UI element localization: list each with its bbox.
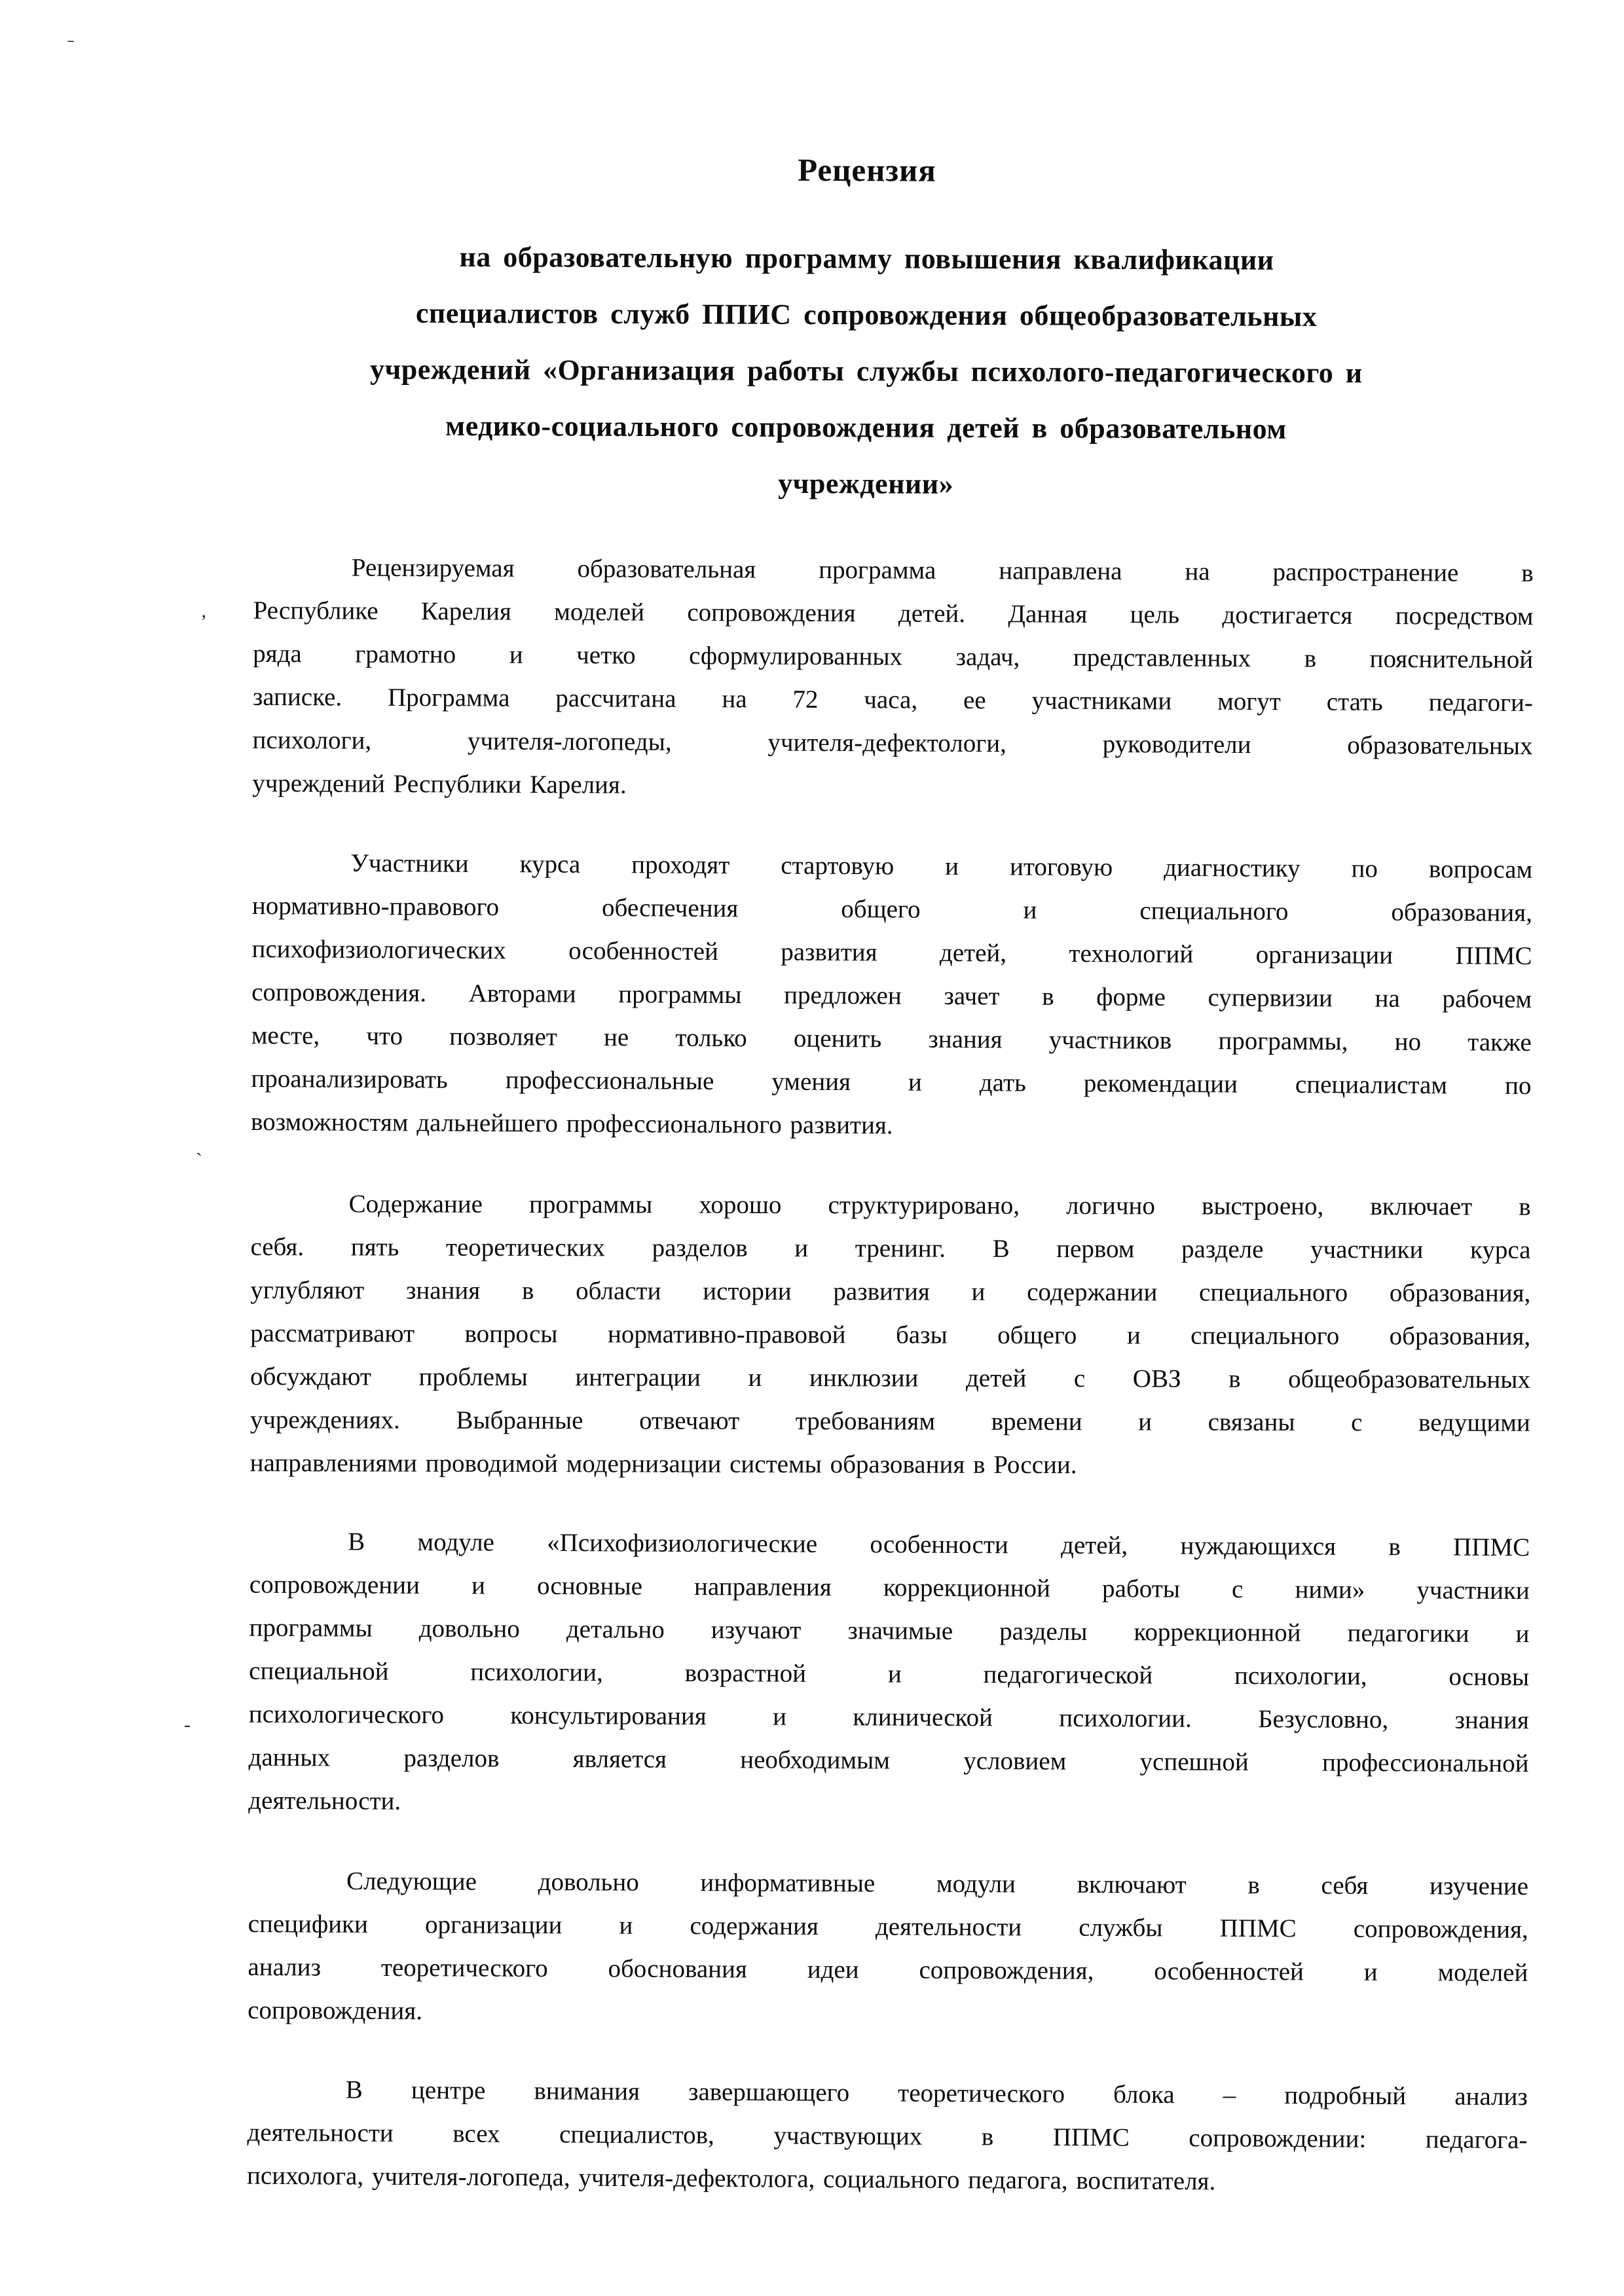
heading-line: медико-социального сопровождения детей в… — [193, 397, 1538, 458]
text-line: Следующие довольно информативные модули … — [248, 1859, 1528, 1908]
text-line: ряда грамотно и четко сформулированных з… — [253, 632, 1533, 682]
text-line: программы довольно детально изучают знач… — [249, 1607, 1529, 1656]
scan-speck: ˗ — [67, 29, 74, 49]
text-line: Рецензируемая образовательная программа … — [253, 546, 1534, 595]
text-line: сопровождения. Авторами программы предло… — [251, 971, 1532, 1021]
text-line: сопровождения. — [248, 1989, 1528, 2038]
scan-speck: ˏ — [196, 1136, 202, 1156]
scan-speck: - — [184, 1715, 191, 1735]
text-line: В центре внимания завершающего теоретиче… — [248, 2068, 1528, 2119]
page: Рецензия на образовательную программу по… — [0, 0, 1624, 2296]
text-line: специфики организации и содержания деяте… — [248, 1903, 1528, 1952]
paragraph: В центре внимания завершающего теоретиче… — [247, 2068, 1528, 2206]
text-line: сопровождении и основные направления кор… — [249, 1563, 1530, 1613]
text-line: Участники курса проходят стартовую и ито… — [252, 841, 1532, 892]
text-line: психолога, учителя-логопеда, учителя-деф… — [247, 2155, 1527, 2206]
text-line: нормативно-правового обеспечения общего … — [252, 884, 1532, 935]
text-line: углубляют знания в области истории разви… — [250, 1269, 1530, 1315]
text-line: учреждений Республики Карелия. — [252, 762, 1532, 811]
text-line: месте, что позволяет не только оценить з… — [251, 1014, 1532, 1065]
text-line: учреждениях. Выбранные отвечают требован… — [250, 1398, 1530, 1445]
text-line: данных разделов является необходимым усл… — [248, 1736, 1528, 1786]
paragraph: Рецензируемая образовательная программа … — [252, 546, 1534, 811]
text-line: деятельности всех специалистов, участвую… — [247, 2111, 1527, 2162]
text-line: психологического консультирования и клин… — [249, 1693, 1529, 1743]
text-line: психологи, учителя-логопеды, учителя-деф… — [252, 719, 1532, 768]
text-line: Содержание программы хорошо структуриров… — [251, 1182, 1531, 1229]
heading-line: специалистов служб ППИС сопровождения об… — [194, 284, 1539, 346]
text-line: В модуле «Психофизиологические особеннос… — [249, 1520, 1530, 1570]
text-line: Республике Карелия моделей сопровождения… — [253, 589, 1533, 638]
paragraph: Участники курса проходят стартовую и ито… — [251, 841, 1533, 1151]
heading-line: учреждении» — [193, 453, 1538, 515]
document-body: Рецензируемая образовательная программа … — [247, 547, 1534, 2204]
text-line: возможностям дальнейшего профессионально… — [251, 1101, 1531, 1151]
text-line: специальной психологии, возрастной и пед… — [249, 1650, 1529, 1700]
paragraph: Содержание программы хорошо структуриров… — [250, 1182, 1531, 1488]
paragraph: В модуле «Психофизиологические особеннос… — [248, 1520, 1530, 1829]
text-line: проанализировать профессиональные умения… — [251, 1057, 1531, 1108]
text-line: психофизиологических особенностей развит… — [251, 928, 1532, 978]
text-line: деятельности. — [248, 1779, 1528, 1829]
text-line: записке. Программа рассчитана на 72 часа… — [253, 676, 1533, 725]
heading-line: учреждений «Организация работы службы пс… — [194, 340, 1539, 402]
text-line: себя. пять теоретических разделов и трен… — [250, 1226, 1530, 1272]
document-title: Рецензия — [196, 148, 1538, 192]
text-line: анализ теоретического обоснования идеи с… — [248, 1946, 1528, 1995]
scan-speck: ’ — [200, 612, 207, 632]
heading-line: на образовательную программу повышения к… — [194, 228, 1539, 289]
scanned-sheet: Рецензия на образовательную программу по… — [0, 0, 1624, 2296]
text-line: обсуждают проблемы интеграции и инклюзии… — [250, 1355, 1530, 1402]
text-line: рассматривают вопросы нормативно-правово… — [250, 1312, 1530, 1358]
paragraph: Следующие довольно информативные модули … — [248, 1859, 1528, 2038]
document-heading: на образовательную программу повышения к… — [193, 228, 1540, 515]
text-line: направлениями проводимой модернизации си… — [250, 1442, 1530, 1488]
